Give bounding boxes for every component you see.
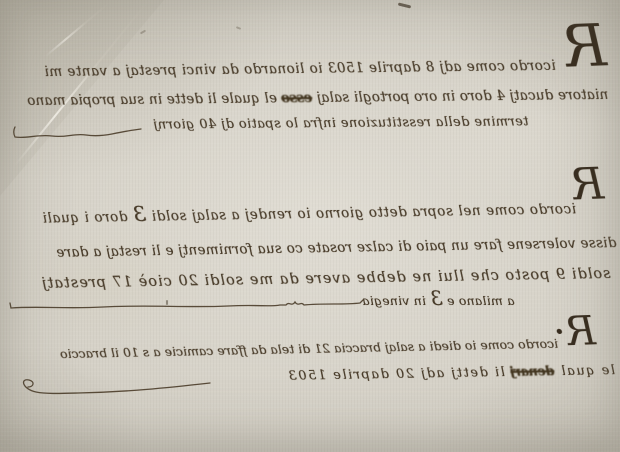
mirrored-initial-r: R [562, 19, 608, 74]
paper-sheet: R icordo come adj 8 daprile 1503 io lion… [0, 0, 620, 452]
flourish-underline [8, 297, 364, 315]
line-segment: a milano e [447, 293, 515, 308]
large-numeral-3: 3 [132, 202, 146, 226]
line-segment: el quale li dette in sua propia mano [27, 90, 277, 109]
large-numeral-3: 3 [431, 287, 444, 310]
struck-word: denarj [510, 364, 554, 380]
flourish-underline-with-curl [16, 376, 212, 402]
line-segment: doro i quali [42, 209, 128, 226]
line-segment: in vinegia [362, 293, 426, 308]
line-segment: le qual [560, 363, 615, 379]
struck-word: esso [281, 90, 312, 106]
manuscript-line: a milano e 3 in vinegia [362, 293, 515, 308]
line-segment: niatore ducatj 4 doro in oro portogli sa… [316, 87, 608, 106]
flourish-underline [12, 125, 144, 141]
mirrored-initial-r: R [570, 164, 605, 206]
manuscript-photo: R icordo come adj 8 daprile 1503 io lion… [0, 0, 620, 452]
mirrored-initial-r: R· [553, 313, 597, 351]
